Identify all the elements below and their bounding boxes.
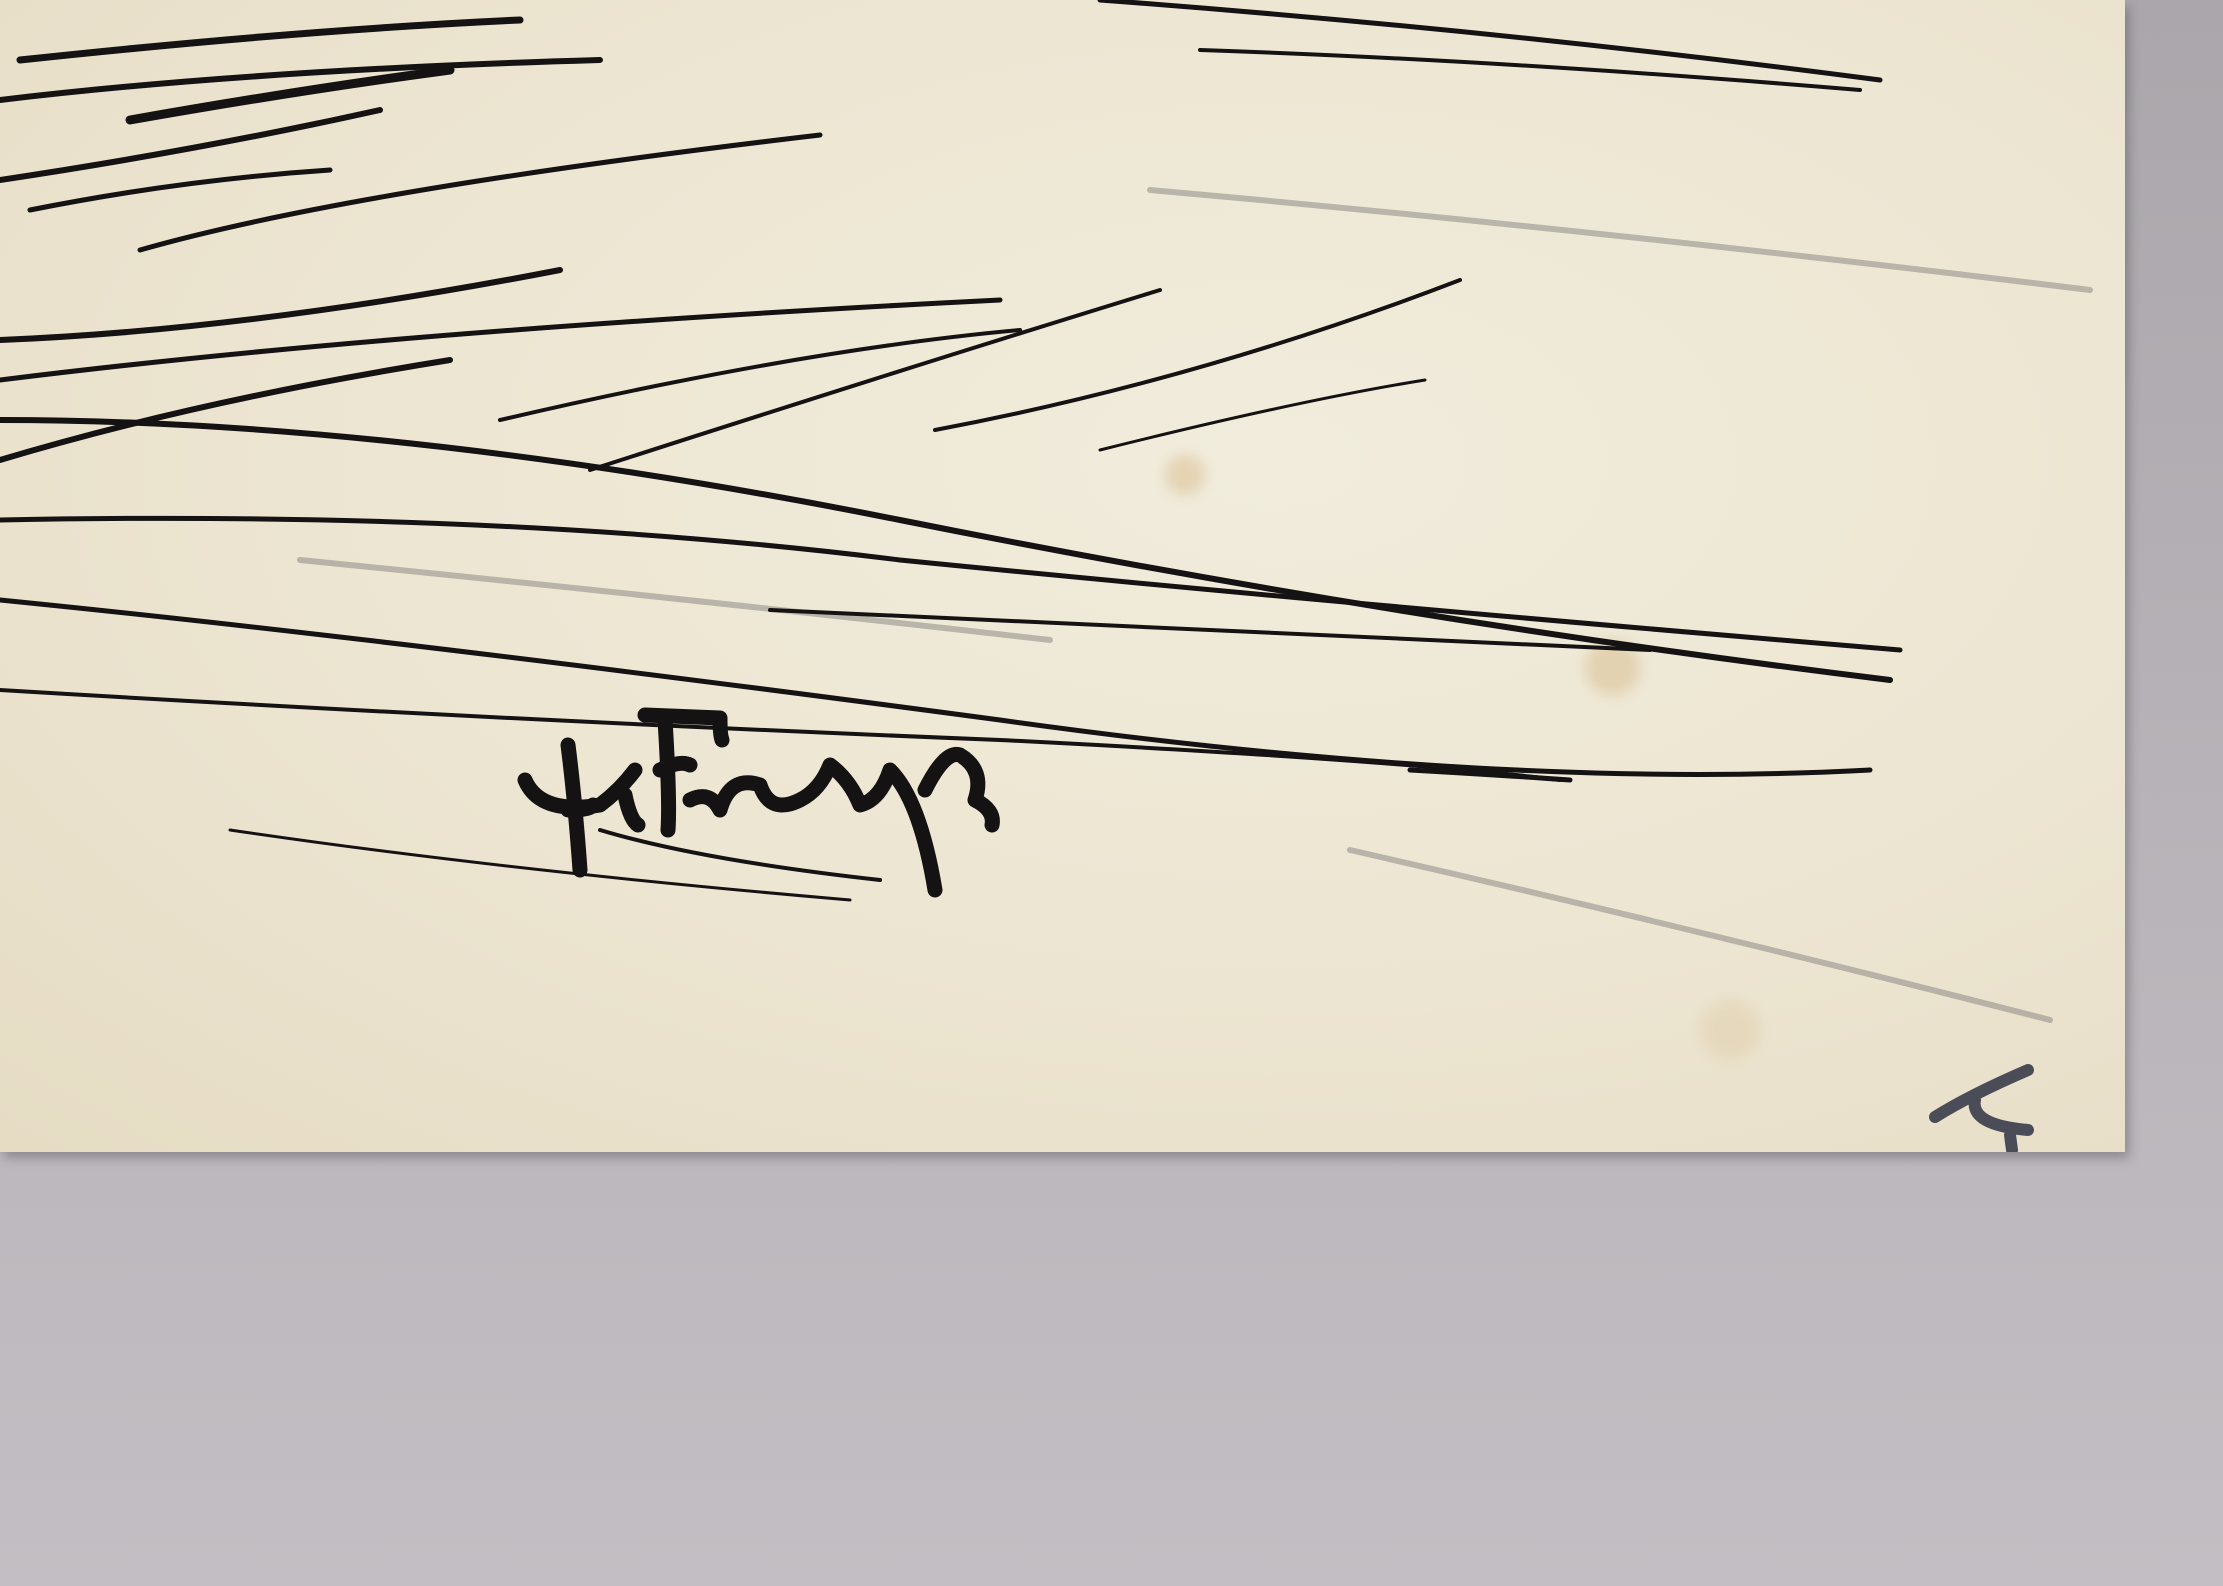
ink-hatching-drawing: [0, 0, 2125, 1152]
photo-scene: A. Frauß 4: [0, 0, 2223, 1586]
pencil-underdrawing: [300, 190, 2090, 1020]
drawing-paper: [0, 0, 2125, 1152]
corner-number-mark: [1935, 1070, 2028, 1150]
